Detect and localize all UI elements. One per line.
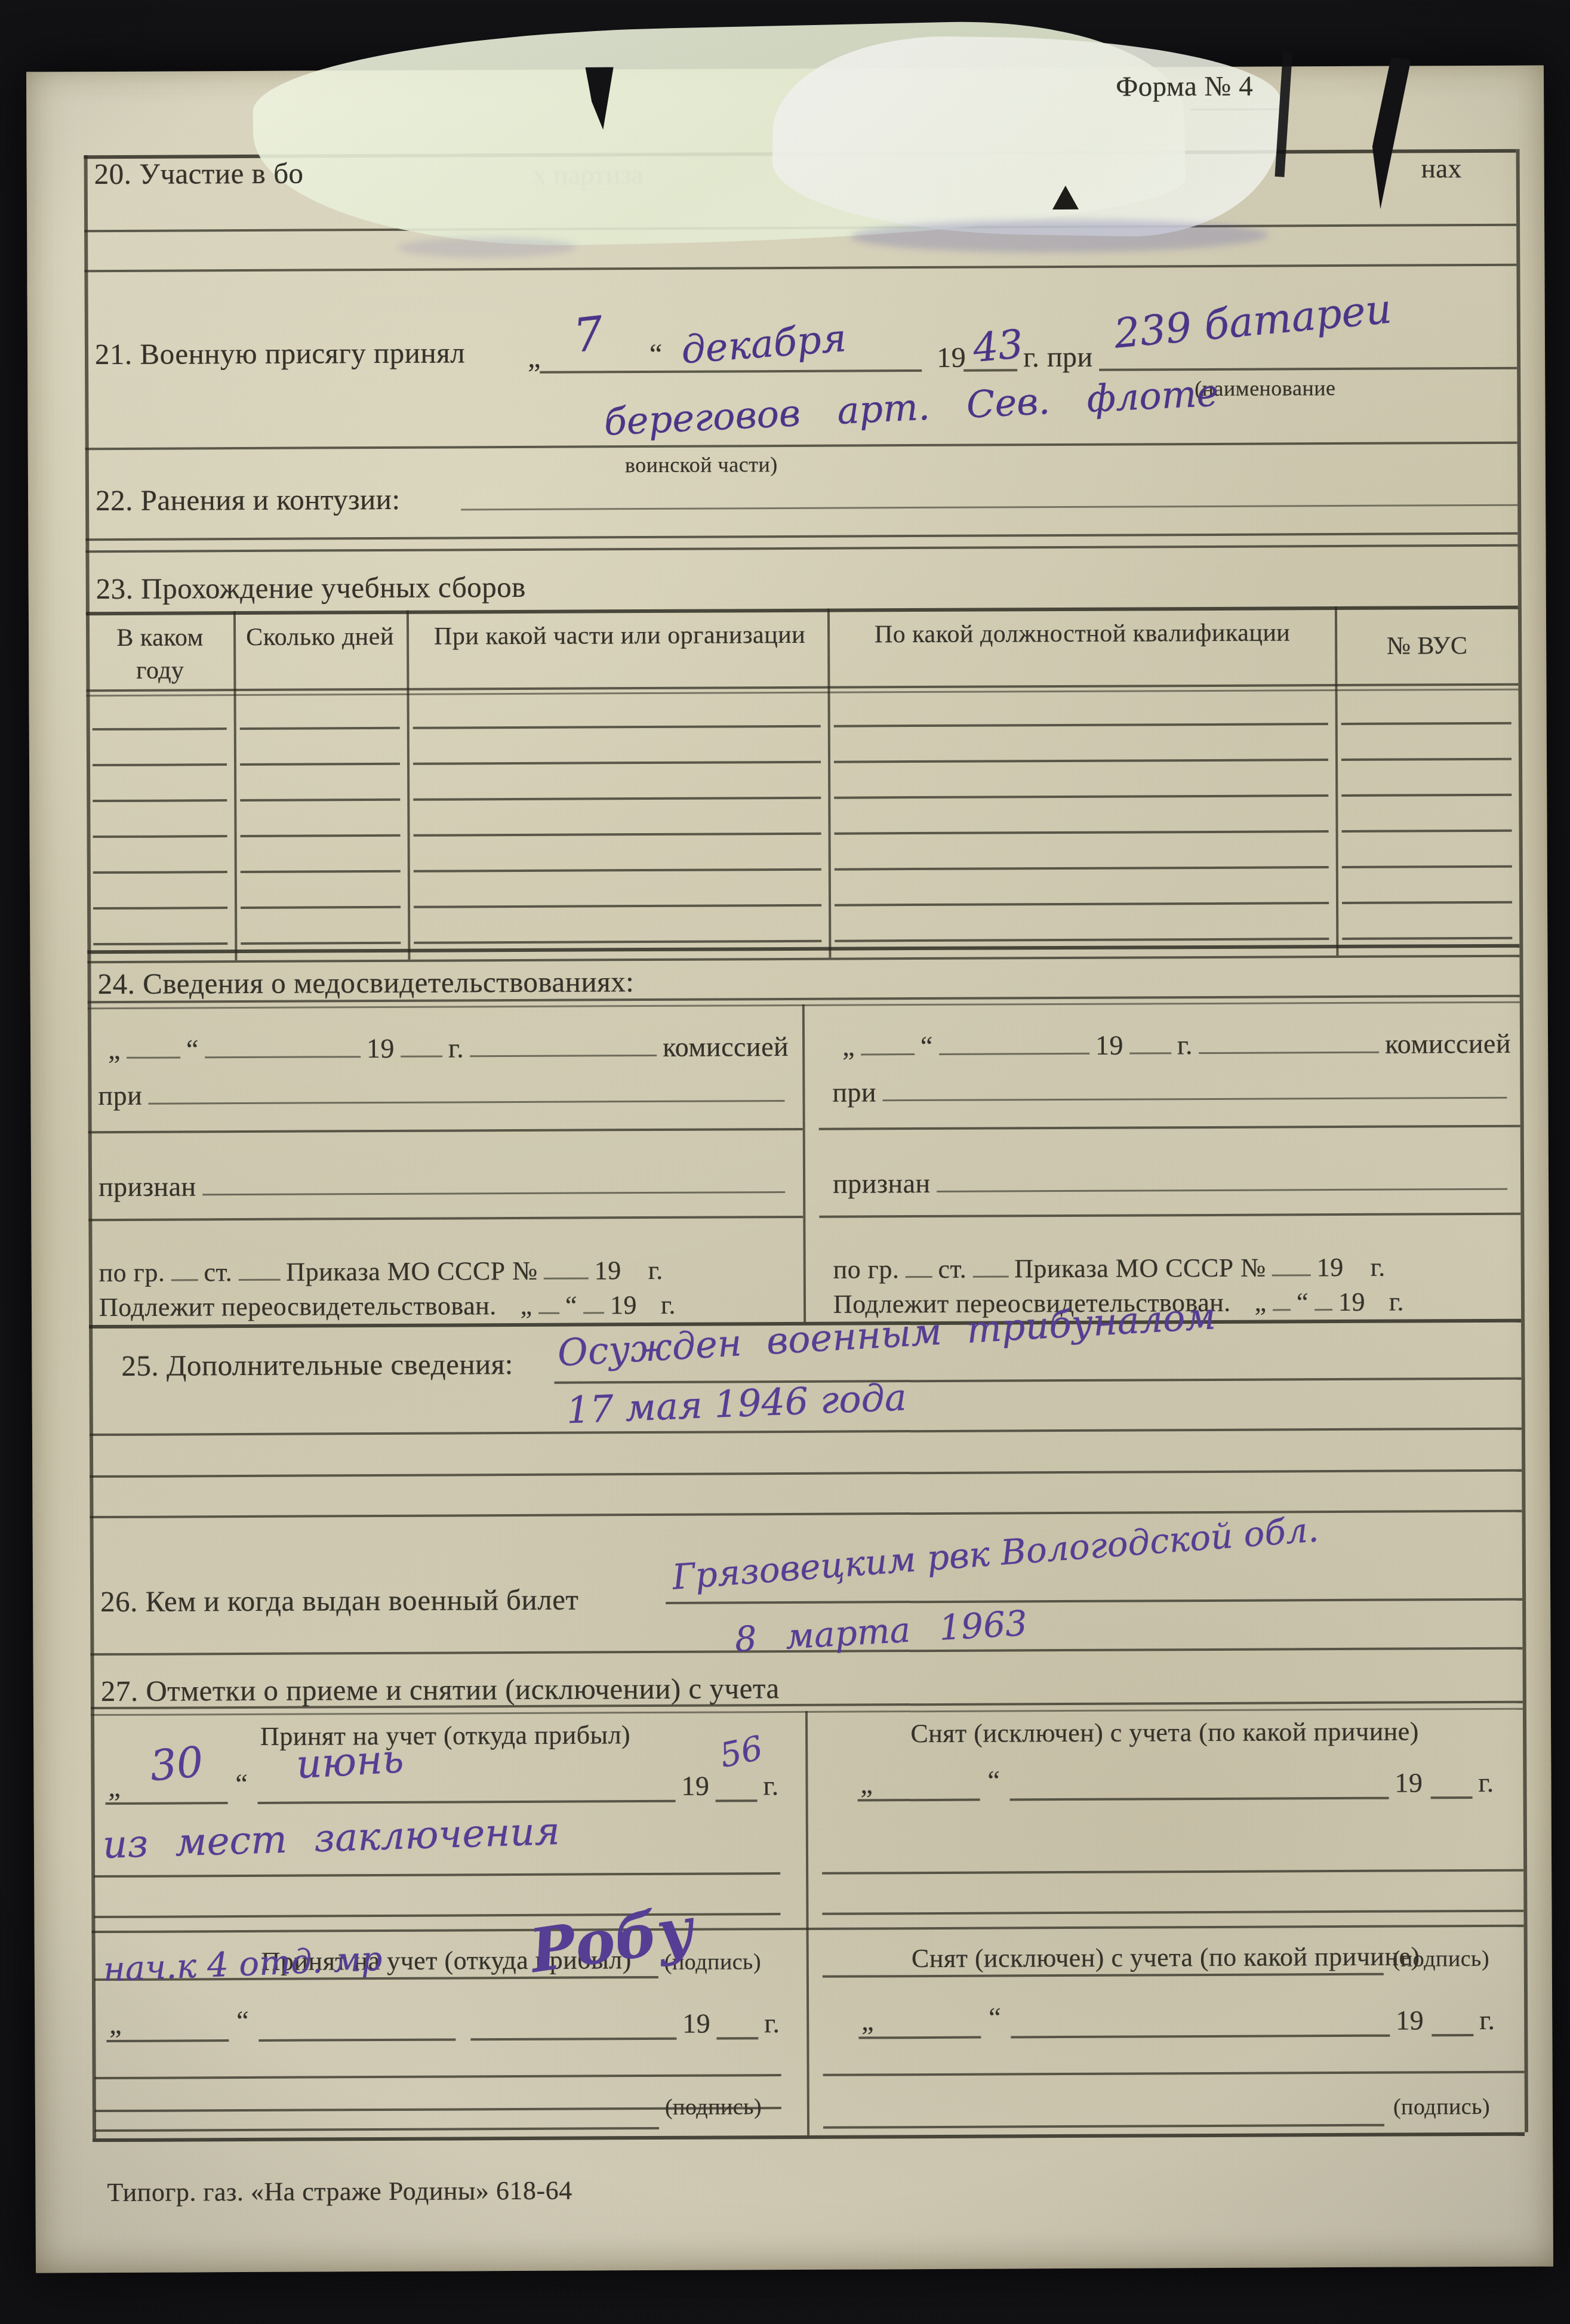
open-quote: „ xyxy=(109,2008,122,2040)
printed-g-pri: г. при xyxy=(1023,341,1093,374)
handwriting-oath-month: декабря xyxy=(680,316,848,372)
table-row-line xyxy=(414,940,821,944)
ruled-line xyxy=(106,1802,228,1805)
printed-19: 19 xyxy=(681,1770,709,1802)
paper: Форма № 4 20. Участие в бо х партиза нах… xyxy=(26,65,1553,2273)
box-border-right xyxy=(1516,149,1528,2132)
table-row-line xyxy=(240,763,400,766)
table-header-days: Сколько дней xyxy=(239,621,401,654)
printed-g: г. xyxy=(764,2007,780,2039)
close-quote: “ xyxy=(989,2001,1001,2033)
table-row-line xyxy=(414,833,821,837)
table-row-line xyxy=(834,794,1328,799)
podpis-caption: (подпись) xyxy=(1393,2094,1490,2120)
ruled-line xyxy=(94,1872,780,1878)
ruled-line xyxy=(822,1869,1523,1875)
medical-priznan-line: признан xyxy=(98,1170,791,1201)
ruled-line xyxy=(88,1216,803,1221)
table-row-line xyxy=(414,868,821,873)
printed-g: г. xyxy=(1479,2004,1495,2036)
ruled-line xyxy=(858,1799,980,1802)
close-quote: “ xyxy=(236,2005,249,2036)
medical-pri-line: при xyxy=(832,1075,1513,1107)
removed-header: Снят (исключен) с учета (по какой причин… xyxy=(823,1941,1509,1974)
ruled-line xyxy=(716,1799,758,1802)
medical-priznan-line: признан xyxy=(833,1167,1513,1198)
table-row-line xyxy=(835,902,1329,907)
handwriting-oath-year: 43 xyxy=(971,321,1026,371)
ink-smudge xyxy=(397,237,576,258)
table-row-line xyxy=(93,942,227,945)
close-quote: “ xyxy=(235,1768,248,1799)
ruled-line xyxy=(88,1128,803,1133)
table-row-line xyxy=(93,763,227,766)
caption-voinskoy-chasti: воинской части) xyxy=(625,452,778,477)
handwriting-oath-day: 7 xyxy=(571,307,606,363)
table-border-bottom2 xyxy=(87,955,1519,963)
table-border-bottom xyxy=(87,944,1519,954)
table-row-line xyxy=(1341,794,1511,797)
ruled-line xyxy=(90,1469,1522,1478)
ruled-line xyxy=(258,2038,455,2041)
ruled-line xyxy=(95,2127,659,2132)
table-row-line xyxy=(93,835,227,838)
open-quote: „ xyxy=(108,1771,121,1803)
table-row-line xyxy=(93,871,227,874)
table-row-line xyxy=(1341,722,1511,725)
accepted-header: Принят на учет (откуда прибыл) xyxy=(111,1719,780,1752)
printed-g: г. xyxy=(1478,1767,1494,1798)
table-row-line xyxy=(93,799,227,802)
scanned-document-page: Форма № 4 20. Участие в бо х партиза нах… xyxy=(0,0,1570,2324)
handwriting-accept-year: 56 xyxy=(716,1729,766,1776)
close-quote: “ xyxy=(649,338,663,371)
table-column-divider xyxy=(1335,606,1339,956)
table-row-line xyxy=(1342,865,1512,868)
ruled-line xyxy=(461,504,1517,511)
table-row-line xyxy=(1342,830,1512,833)
open-quote: „ xyxy=(861,2005,874,2036)
open-quote: „ xyxy=(528,341,541,374)
print-shop-note: Типогр. газ. «На страже Родины» 618-64 xyxy=(107,2175,572,2208)
ruled-line xyxy=(1011,2035,1390,2039)
ruled-line xyxy=(819,1213,1520,1218)
ruled-line xyxy=(85,442,1517,450)
section20-label: 20. Участие в бо xyxy=(94,156,304,192)
table-row-line xyxy=(241,870,401,873)
table-row-line xyxy=(93,907,227,910)
priznan-label: признан xyxy=(98,1172,196,1201)
pri-label: при xyxy=(98,1081,142,1111)
box-border-left xyxy=(84,155,96,2138)
table-row-line xyxy=(835,938,1329,942)
section20-end-fragment: нах xyxy=(1421,153,1462,184)
handwriting-issued-by: Грязовецким рвк Вологодской обл. xyxy=(671,1509,1320,1597)
printed-19: 19 xyxy=(367,1034,395,1064)
close-quote: “ xyxy=(186,1035,199,1064)
table-row-line xyxy=(240,727,400,730)
ruled-line xyxy=(823,2124,1384,2129)
medical-date-line: „ “ 19 г. комиссией xyxy=(842,1030,1511,1061)
medical-divider xyxy=(802,1004,806,1322)
printed-19: 19 xyxy=(1394,1767,1423,1798)
handwriting-accept-day: 30 xyxy=(148,1737,205,1791)
ruled-line xyxy=(85,544,1517,553)
handwriting-arrived-from: из мест заключения xyxy=(102,1810,561,1867)
table-row-line xyxy=(93,728,227,731)
table-border-top xyxy=(86,606,1518,615)
ruled-line xyxy=(106,2039,229,2042)
table-row-line xyxy=(241,834,401,837)
section25-label: 25. Дополнительные сведения: xyxy=(121,1347,513,1383)
ruled-line xyxy=(84,264,1516,272)
table-row-line xyxy=(835,866,1329,871)
table-column-divider xyxy=(407,611,411,960)
open-quote: „ xyxy=(108,1035,121,1064)
ruled-line xyxy=(819,1125,1520,1130)
medical-reexam-line: Подлежит переосвидетельствован. „ “ 19 г… xyxy=(99,1291,795,1321)
ruled-line xyxy=(1432,2034,1473,2036)
ruled-line xyxy=(95,2074,781,2079)
section23-label: 23. Прохождение учебных сборов xyxy=(96,570,526,606)
section24-label: 24. Сведения о медосвидетельствованиях: xyxy=(98,964,635,1001)
ruled-line xyxy=(666,1598,1522,1604)
table-row-line xyxy=(1341,758,1511,761)
section22-label: 22. Ранения и контузии: xyxy=(96,482,401,517)
printed-g: г. xyxy=(763,1770,778,1801)
ruled-line xyxy=(1099,367,1517,371)
handwriting-additional-date: 17 мая 1946 года xyxy=(566,1375,908,1432)
printed-19: 19 xyxy=(1396,2004,1424,2036)
section21-label: 21. Военную присягу принял xyxy=(95,335,465,371)
table-header-year: В каком году xyxy=(91,621,229,687)
section26-label: 26. Кем и когда выдан военный билет xyxy=(100,1583,578,1619)
ruled-line xyxy=(716,2037,758,2039)
table-row-line xyxy=(413,797,821,801)
ruled-line xyxy=(85,532,1517,541)
table-row-line xyxy=(834,759,1328,763)
table-row-line xyxy=(241,942,401,945)
ruled-line xyxy=(540,369,922,374)
table-row-line xyxy=(413,725,821,729)
form-number: Форма № 4 xyxy=(1116,70,1253,103)
triangle-mark xyxy=(1052,186,1079,209)
registration-divider xyxy=(805,1711,809,2135)
ruled-line xyxy=(1431,1796,1473,1799)
ruled-line xyxy=(858,2036,981,2039)
commission-label: комиссией xyxy=(663,1032,789,1062)
tape-patch-white xyxy=(771,33,1282,239)
ruled-line xyxy=(822,1910,1523,1915)
medical-pri-line: при xyxy=(98,1078,790,1110)
handwriting-accept-month: июнь xyxy=(295,1736,405,1787)
table-row-line xyxy=(241,906,401,909)
medical-order-line: по гр. ст. Приказа МО СССР № 19 г. xyxy=(99,1256,795,1287)
printed-g: г. xyxy=(448,1034,464,1062)
printed-19: 19 xyxy=(682,2008,710,2039)
ruled-line xyxy=(258,1800,676,1804)
medical-order-line: по гр. ст. Приказа МО СССР № 19 г. xyxy=(833,1253,1517,1284)
handwriting-unit: 239 батареи xyxy=(1112,285,1393,357)
open-quote: „ xyxy=(860,1768,873,1799)
table-header-vus: № ВУС xyxy=(1339,631,1515,661)
medical-date-line: „ “ 19 г. комиссией xyxy=(108,1032,789,1064)
ruled-line xyxy=(90,1428,1522,1436)
podpis-caption: (подпись) xyxy=(665,2094,762,2120)
section27-label: 27. Отметки о приеме и снятии (исключени… xyxy=(101,1671,780,1708)
table-header-unit: При какой части или организации xyxy=(423,619,817,653)
printed-19: 19 xyxy=(937,341,966,374)
table-column-divider xyxy=(233,611,238,960)
ruled-line xyxy=(1010,1797,1389,1801)
edge-tear xyxy=(1363,56,1411,210)
table-row-line xyxy=(835,830,1329,835)
removed-header: Снят (исключен) с учета (по какой причин… xyxy=(821,1716,1508,1749)
table-column-divider xyxy=(827,609,832,958)
close-quote: “ xyxy=(987,1764,1000,1796)
table-row-line xyxy=(240,799,400,802)
table-row-line xyxy=(1342,937,1512,940)
table-header-qualification: По какой должностной квалификации xyxy=(861,617,1303,651)
handwriting-unit-line2: береговов арт. Сев. флоте xyxy=(603,371,1219,443)
table-row-line xyxy=(1342,901,1512,904)
ruled-line xyxy=(470,2038,676,2041)
table-row-line xyxy=(414,904,821,908)
table-row-line xyxy=(413,761,821,765)
ruled-line xyxy=(823,2071,1525,2076)
table-row-line xyxy=(834,723,1328,728)
